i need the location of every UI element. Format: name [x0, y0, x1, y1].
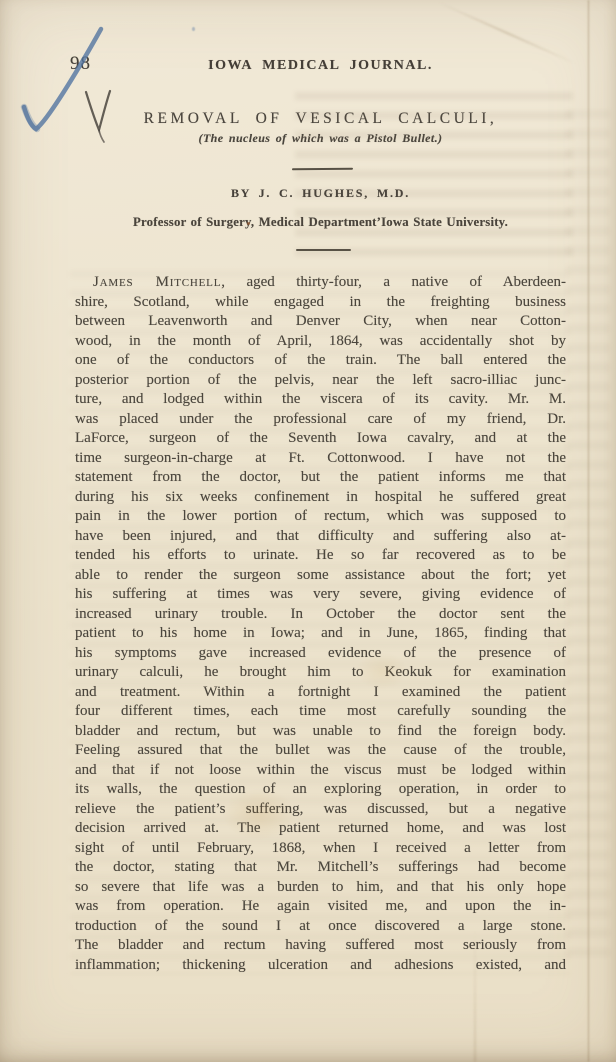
blue-ink-speck [192, 27, 195, 31]
body-lines: shire, Scotland, while engaged in the fr… [75, 293, 566, 976]
body-line: his suffering at times was very severe, … [75, 585, 566, 605]
body-line: and treatment. Within a fortnight I exam… [75, 683, 566, 703]
body-line: The bladder and rectum having suffered m… [75, 936, 566, 956]
body-line: increased urinary trouble. In October th… [75, 605, 566, 625]
body-line: have been injured, and that difficulty a… [75, 527, 566, 547]
divider-rule [292, 168, 353, 171]
body-line: Feeling assured that the bullet was the … [75, 741, 566, 761]
body-line: ture, and lodged within the viscera of i… [75, 390, 566, 410]
body-line: time surgeon-in-charge at Ft. Cottonwood… [75, 449, 566, 469]
body-line: so severe that life was a burden to him,… [75, 878, 566, 898]
blue-pen-checkmark-pressure [24, 107, 37, 129]
paper-crease [587, 0, 590, 1062]
author-affiliation: Professor of Surgery, Medical Department… [75, 215, 566, 230]
body-line: pain in the lower portion of rectum, whi… [75, 507, 566, 527]
body-line: was placed under the professional care o… [75, 410, 566, 430]
body-line-first: James Mitchell, aged thirty-four, a nati… [75, 273, 566, 293]
body-line: during his six weeks confinement in hosp… [75, 488, 566, 508]
body-line: its walls, the question of an exploring … [75, 780, 566, 800]
scanned-journal-page: 98 IOWA MEDICAL JOURNAL. REMOVAL OF VESI… [0, 0, 616, 1062]
body-line: troduction of the sound I at once discov… [75, 917, 566, 937]
body-line: able to render the surgeon some assistan… [75, 566, 566, 586]
body-line: patient to his home in Iowa; and in June… [75, 624, 566, 644]
body-first-line-rest: , aged thirty-four, a native of Aberdeen… [221, 274, 566, 290]
body-line: decision arrived at. The patient returne… [75, 819, 566, 839]
article-title: REMOVAL OF VESICAL CALCULI, [75, 110, 566, 128]
body-line: between Leavenworth and Denver City, whe… [75, 312, 566, 332]
body-line: inflammation; thickening ulceration and … [75, 956, 566, 976]
article-subtitle: (The nucleus of which was a Pistol Bulle… [75, 131, 566, 146]
body-line: LaForce, surgeon of the Seventh Iowa cav… [75, 429, 566, 449]
divider-rule [296, 249, 351, 251]
body-line: relieve the patient’s suffering, was dis… [75, 800, 566, 820]
body-line: his symptoms gave increased evidence of … [75, 644, 566, 664]
author-byline: BY J. C. HUGHES, M.D. [75, 186, 566, 201]
body-line: wood, in the month of April, 1864, was a… [75, 332, 566, 352]
body-line: four different times, each time most car… [75, 702, 566, 722]
running-header: IOWA MEDICAL JOURNAL. [75, 58, 566, 74]
body-line: was from operation. He again visited me,… [75, 897, 566, 917]
body-line: sight of until February, 1868, when I re… [75, 839, 566, 859]
body-line: bladder and rectum, but was unable to fi… [75, 722, 566, 742]
paper-crease [438, 2, 576, 65]
body-line: urinary calculi, he brought him to Keoku… [75, 663, 566, 683]
patient-name: James Mitchell [93, 274, 221, 290]
body-line: posterior portion of the pelvis, near th… [75, 371, 566, 391]
body-line: statement from the doctor, but the patie… [75, 468, 566, 488]
show-through-texture [566, 110, 610, 960]
body-line: tended his efforts to urinate. He so far… [75, 546, 566, 566]
article-body: James Mitchell, aged thirty-four, a nati… [75, 273, 566, 975]
body-line: and that if not loose within the viscus … [75, 761, 566, 781]
body-line: the doctor, stating that Mr. Mitchell’s … [75, 858, 566, 878]
body-line: one of the conductors of the train. The … [75, 351, 566, 371]
body-line: shire, Scotland, while engaged in the fr… [75, 293, 566, 313]
